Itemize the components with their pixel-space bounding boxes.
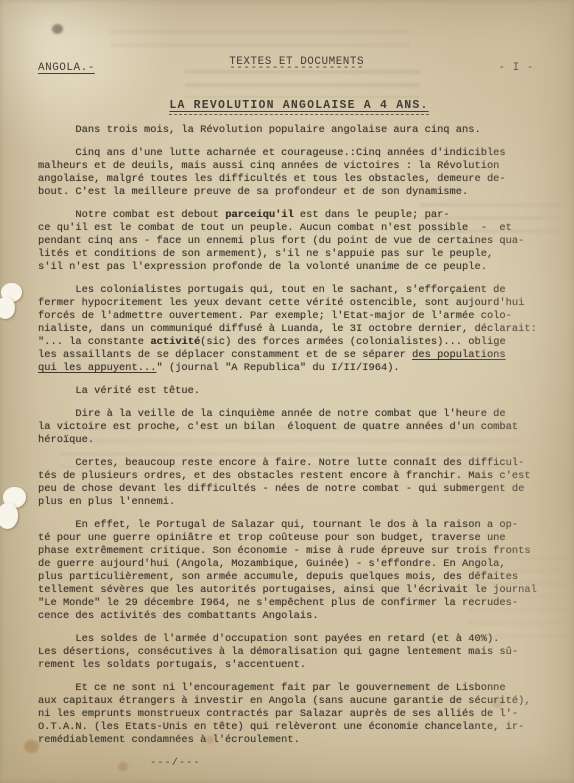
ink-spot <box>52 24 63 34</box>
paragraph: Dire à la veille de la cinquième année d… <box>38 408 560 447</box>
paragraph: Cinq ans d'une lutte acharnée et courage… <box>38 147 560 199</box>
header-series-title: TEXTES ET DOCUMENTS ------------------- <box>229 56 364 74</box>
paragraph: Les soldes de l'armée d'occupation sont … <box>38 633 560 672</box>
scanned-document-page: { "page": { "header": { "left": "ANGOLA.… <box>0 0 574 783</box>
paragraph: La vérité est têtue. <box>38 385 560 398</box>
rust-stain <box>24 740 39 753</box>
page-header: ANGOLA.- TEXTES ET DOCUMENTS -----------… <box>38 56 560 74</box>
document-sheet: ANGOLA.- TEXTES ET DOCUMENTS -----------… <box>38 56 560 769</box>
paragraph: Certes, beaucoup reste encore à faire. N… <box>38 457 560 509</box>
document-title: LA REVOLUTION ANGOLAISE A 4 ANS. <box>169 99 428 115</box>
paragraph: Notre combat est debout parceiqu'il est … <box>38 209 560 274</box>
end-of-page-mark: ---/--- <box>38 757 560 769</box>
document-body: Dans trois mois, la Révolution populaire… <box>38 124 560 747</box>
bleedthrough-ghost <box>110 30 410 48</box>
typed-underline: ------------------- <box>229 62 364 74</box>
paragraph: Dans trois mois, la Révolution populaire… <box>38 124 560 137</box>
paragraph: Et ce ne sont ni l'encouragement fait pa… <box>38 682 560 747</box>
page-number: - I - <box>498 62 560 74</box>
header-section-label: ANGOLA.- <box>38 62 95 74</box>
paragraph: En effet, le Portugal de Salazar qui, to… <box>38 519 560 623</box>
punch-hole <box>0 283 26 323</box>
punch-hole <box>0 487 29 533</box>
paragraph: Les colonialistes portugais qui, tout en… <box>38 284 560 375</box>
